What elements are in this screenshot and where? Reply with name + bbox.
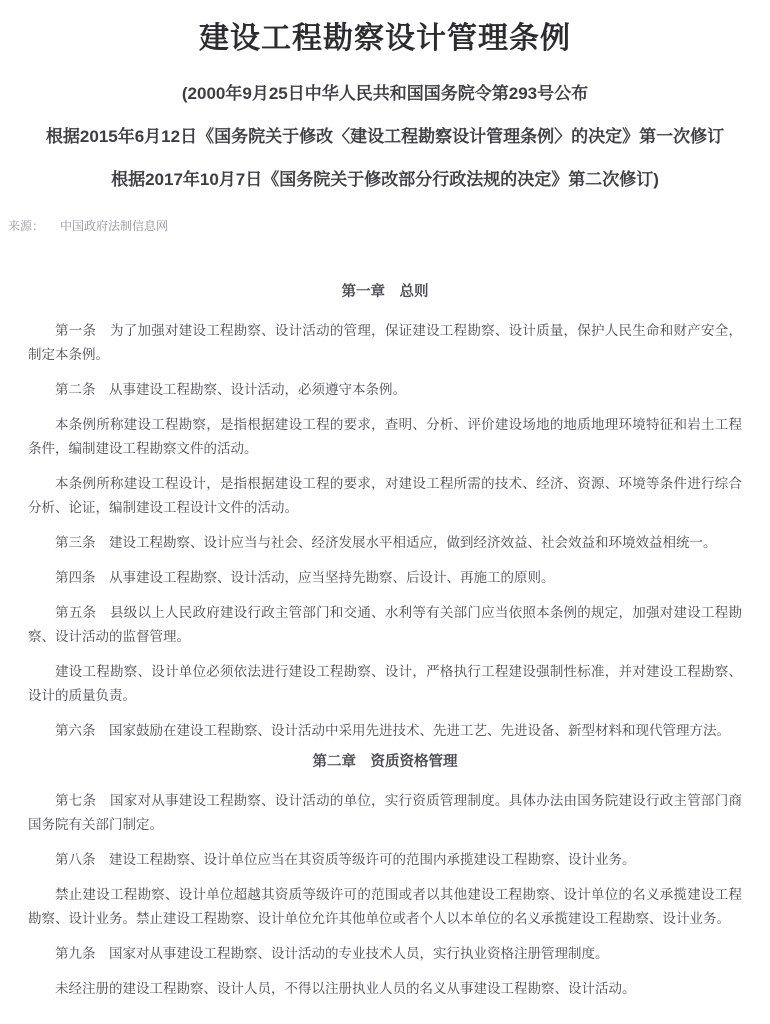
article-paragraph: 第五条 县级以上人民政府建设行政主管部门和交通、水利等有关部门应当依照本条例的规…: [28, 601, 742, 649]
document-body: 第一章 总则 第一条 为了加强对建设工程勘察、设计活动的管理，保证建设工程勘察、…: [0, 284, 770, 1001]
source-label: 来源：: [8, 219, 44, 233]
source-row: 来源：中国政府法制信息网: [0, 219, 770, 234]
article-paragraph: 未经注册的建设工程勘察、设计人员，不得以注册执业人员的名义从事建设工程勘察、设计…: [28, 977, 742, 1001]
document-subtitle-line-3: 根据2017年10月7日《国务院关于修改部分行政法规的决定》第二次修订): [0, 169, 770, 191]
article-paragraph: 第九条 国家对从事建设工程勘察、设计活动的专业技术人员，实行执业资格注册管理制度…: [28, 942, 742, 966]
document-page: 建设工程勘察设计管理条例 (2000年9月25日中华人民共和国国务院令第293号…: [0, 0, 770, 1024]
article-paragraph: 第三条 建设工程勘察、设计应当与社会、经济发展水平相适应，做到经济效益、社会效益…: [28, 531, 742, 555]
document-subtitle-line-2: 根据2015年6月12日《国务院关于修改〈建设工程勘察设计管理条例〉的决定》第一…: [0, 126, 770, 148]
document-header: 建设工程勘察设计管理条例 (2000年9月25日中华人民共和国国务院令第293号…: [0, 0, 770, 234]
document-title: 建设工程勘察设计管理条例: [0, 16, 770, 62]
article-paragraph: 第七条 国家对从事建设工程勘察、设计活动的单位，实行资质管理制度。具体办法由国务…: [28, 789, 742, 837]
chapter-heading-2: 第二章 资质资格管理: [28, 754, 742, 771]
source-value: 中国政府法制信息网: [60, 219, 168, 233]
article-paragraph: 第六条 国家鼓励在建设工程勘察、设计活动中采用先进技术、先进工艺、先进设备、新型…: [28, 719, 742, 743]
article-paragraph: 本条例所称建设工程勘察，是指根据建设工程的要求，查明、分析、评价建设场地的地质地…: [28, 413, 742, 461]
article-paragraph: 第二条 从事建设工程勘察、设计活动，必须遵守本条例。: [28, 378, 742, 402]
chapter-heading-1: 第一章 总则: [28, 284, 742, 301]
article-paragraph: 禁止建设工程勘察、设计单位超越其资质等级许可的范围或者以其他建设工程勘察、设计单…: [28, 883, 742, 931]
article-paragraph: 第八条 建设工程勘察、设计单位应当在其资质等级许可的范围内承揽建设工程勘察、设计…: [28, 848, 742, 872]
article-paragraph: 第一条 为了加强对建设工程勘察、设计活动的管理，保证建设工程勘察、设计质量，保护…: [28, 319, 742, 367]
article-paragraph: 第四条 从事建设工程勘察、设计活动，应当坚持先勘察、后设计、再施工的原则。: [28, 566, 742, 590]
article-paragraph: 建设工程勘察、设计单位必须依法进行建设工程勘察、设计，严格执行工程建设强制性标准…: [28, 660, 742, 708]
article-paragraph: 本条例所称建设工程设计，是指根据建设工程的要求，对建设工程所需的技术、经济、资源…: [28, 472, 742, 520]
document-subtitle-line-1: (2000年9月25日中华人民共和国国务院令第293号公布: [0, 83, 770, 105]
